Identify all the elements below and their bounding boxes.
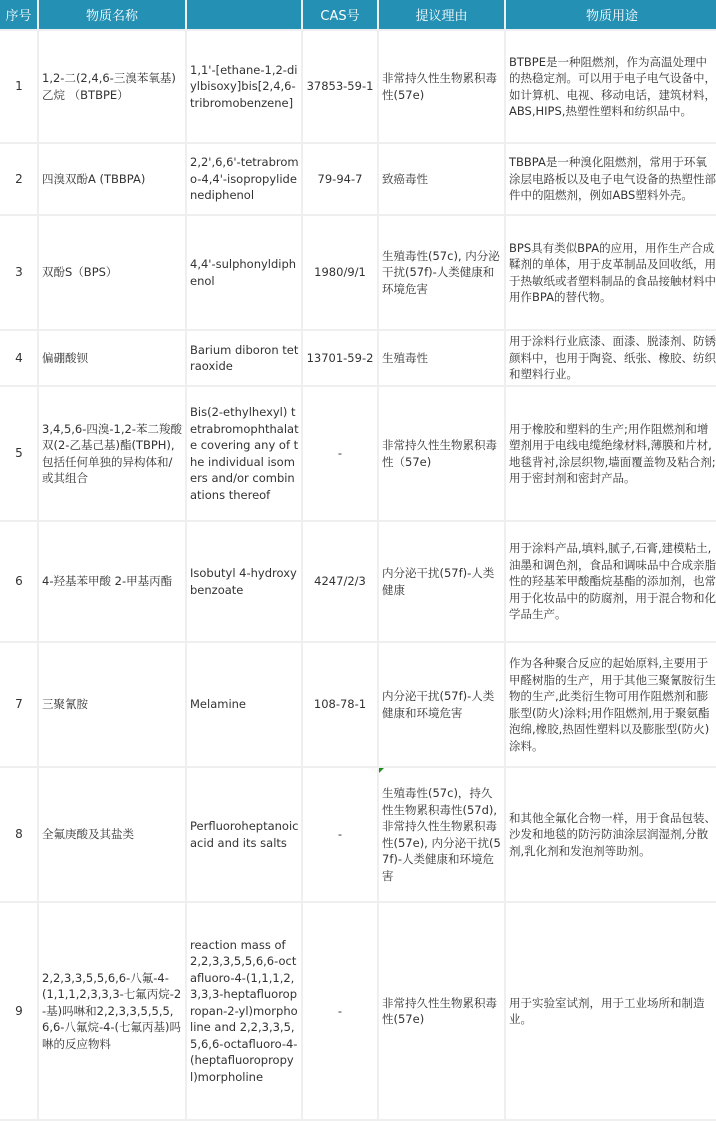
cell-name-cn[interactable]: 全氟庚酸及其盐类 bbox=[39, 768, 185, 901]
table-row: 2 四溴双酚A (TBBPA) 2,2',6,6'-tetrabromo-4,4… bbox=[0, 144, 716, 214]
cell-name-en[interactable]: Isobutyl 4-hydroxybenzoate bbox=[187, 522, 301, 641]
cell-reason[interactable]: 生殖毒性(57c), 内分泌干扰(57f)-人类健康和环境危害 bbox=[379, 216, 504, 329]
cell-cas[interactable]: 37853-59-1 bbox=[303, 31, 377, 142]
cell-use[interactable]: 作为各种聚合反应的起始原料,主要用于甲醛树脂的生产，用于其他三聚氰胺衍生物的生产… bbox=[506, 643, 716, 766]
comment-indicator-icon[interactable] bbox=[379, 768, 384, 773]
cell-name-en[interactable]: Perfluoroheptanoic acid and its salts bbox=[187, 768, 301, 901]
cell-use[interactable]: 用于涂料产品,填料,腻子,石膏,建模粘土,油墨和调色剂，食品和调味品中合成亲脂性… bbox=[506, 522, 716, 641]
cell-use[interactable]: BTBPE是一种阻燃剂，作为高温处理中的热稳定剂。可以用于电子电气设备中，如计算… bbox=[506, 31, 716, 142]
cell-no[interactable]: 9 bbox=[0, 903, 37, 1119]
cell-cas[interactable]: 1980/9/1 bbox=[303, 216, 377, 329]
cell-reason: 生殖毒性(57c)，持久性生物累积毒性(57d), 非常持久性生物累积毒性(57… bbox=[382, 786, 501, 883]
cell-name-en[interactable]: Melamine bbox=[187, 643, 301, 766]
cell-cas[interactable]: - bbox=[303, 768, 377, 901]
cell-no[interactable]: 1 bbox=[0, 31, 37, 142]
table-row: 3 双酚S（BPS） 4,4'-sulphonyldiphenol 1980/9… bbox=[0, 216, 716, 329]
cell-no[interactable]: 4 bbox=[0, 331, 37, 385]
cell-use[interactable]: BPS具有类似BPA的应用，用作生产合成鞣剂的单体，用于皮革制品及回收纸，用于热… bbox=[506, 216, 716, 329]
header-reason: 提议理由 bbox=[379, 0, 504, 29]
cell-cas[interactable]: - bbox=[303, 903, 377, 1119]
cell-cas[interactable]: - bbox=[303, 387, 377, 520]
cell-use[interactable]: 用于涂料行业底漆、面漆、脱漆剂、防锈颜料中，也用于陶瓷、纸张、橡胶、纺织和塑料行… bbox=[506, 331, 716, 385]
header-name-cn: 物质名称 bbox=[39, 0, 185, 29]
header-row: 序号 物质名称 CAS号 提议理由 物质用途 bbox=[0, 0, 716, 29]
cell-name-en[interactable]: reaction mass of 2,2,3,3,5,5,6,6-octaflu… bbox=[187, 903, 301, 1119]
cell-reason[interactable]: 非常持久性生物累积毒性（57e) bbox=[379, 387, 504, 520]
table-row: 9 2,2,3,3,5,5,6,6-八氟-4-(1,1,1,2,3,3,3-七氟… bbox=[0, 903, 716, 1119]
table-row: 7 三聚氰胺 Melamine 108-78-1 内分泌干扰(57f)-人类健康… bbox=[0, 643, 716, 766]
cell-name-en[interactable]: 1,1'-[ethane-1,2-diylbisoxy]bis[2,4,6-tr… bbox=[187, 31, 301, 142]
cell-reason[interactable]: 内分泌干扰(57f)-人类健康和环境危害 bbox=[379, 643, 504, 766]
svhc-substance-table: 序号 物质名称 CAS号 提议理由 物质用途 1 1,2-二(2,4,6-三溴苯… bbox=[0, 0, 716, 1121]
cell-reason[interactable]: 生殖毒性 bbox=[379, 331, 504, 385]
cell-name-cn[interactable]: 1,2-二(2,4,6-三溴苯氧基)乙烷 （BTBPE） bbox=[39, 31, 185, 142]
cell-no[interactable]: 5 bbox=[0, 387, 37, 520]
cell-name-en[interactable]: Barium diboron tetraoxide bbox=[187, 331, 301, 385]
cell-reason[interactable]: 非常持久性生物累积毒性(57e) bbox=[379, 903, 504, 1119]
cell-use[interactable]: 和其他全氟化合物一样，用于食品包装、沙发和地毯的防污防油涂层润湿剂,分散剂,乳化… bbox=[506, 768, 716, 901]
table-row: 4 偏硼酸钡 Barium diboron tetraoxide 13701-5… bbox=[0, 331, 716, 385]
cell-no[interactable]: 3 bbox=[0, 216, 37, 329]
cell-name-en[interactable]: 4,4'-sulphonyldiphenol bbox=[187, 216, 301, 329]
cell-name-cn[interactable]: 四溴双酚A (TBBPA) bbox=[39, 144, 185, 214]
table-row: 8 全氟庚酸及其盐类 Perfluoroheptanoic acid and i… bbox=[0, 768, 716, 901]
cell-cas[interactable]: 4247/2/3 bbox=[303, 522, 377, 641]
cell-reason[interactable]: 致癌毒性 bbox=[379, 144, 504, 214]
header-no: 序号 bbox=[0, 0, 37, 29]
cell-use[interactable]: TBBPA是一种溴化阻燃剂，常用于环氧涂层电路板以及电子电气设备的热塑性部件中的… bbox=[506, 144, 716, 214]
cell-cas[interactable]: 79-94-7 bbox=[303, 144, 377, 214]
cell-reason[interactable]: 内分泌干扰(57f)-人类健康 bbox=[379, 522, 504, 641]
cell-name-en[interactable]: Bis(2-ethylhexyl) tetrabromophthalate co… bbox=[187, 387, 301, 520]
header-use: 物质用途 bbox=[506, 0, 716, 29]
cell-name-cn[interactable]: 3,4,5,6-四溴-1,2-苯二羧酸双(2-乙基己基)酯(TBPH),包括任何… bbox=[39, 387, 185, 520]
table-row: 5 3,4,5,6-四溴-1,2-苯二羧酸双(2-乙基己基)酯(TBPH),包括… bbox=[0, 387, 716, 520]
cell-use[interactable]: 用于实验室试剂，用于工业场所和制造业。 bbox=[506, 903, 716, 1119]
cell-use[interactable]: 用于橡胶和塑料的生产;用作阻燃剂和增塑剂用于电线电缆绝缘材料,薄膜和片材,地毯背… bbox=[506, 387, 716, 520]
cell-reason[interactable]: 非常持久性生物累积毒性(57e) bbox=[379, 31, 504, 142]
header-name-en bbox=[187, 0, 301, 29]
cell-name-cn[interactable]: 三聚氰胺 bbox=[39, 643, 185, 766]
cell-name-cn[interactable]: 偏硼酸钡 bbox=[39, 331, 185, 385]
table-row: 1 1,2-二(2,4,6-三溴苯氧基)乙烷 （BTBPE） 1,1'-[eth… bbox=[0, 31, 716, 142]
cell-no[interactable]: 8 bbox=[0, 768, 37, 901]
cell-cas[interactable]: 108-78-1 bbox=[303, 643, 377, 766]
cell-name-en[interactable]: 2,2',6,6'-tetrabromo-4,4'-isopropylidene… bbox=[187, 144, 301, 214]
cell-name-cn[interactable]: 双酚S（BPS） bbox=[39, 216, 185, 329]
cell-no[interactable]: 7 bbox=[0, 643, 37, 766]
cell-cas[interactable]: 13701-59-2 bbox=[303, 331, 377, 385]
cell-name-cn[interactable]: 2,2,3,3,5,5,6,6-八氟-4-(1,1,1,2,3,3,3-七氟丙烷… bbox=[39, 903, 185, 1119]
cell-reason-with-comment[interactable]: 生殖毒性(57c)，持久性生物累积毒性(57d), 非常持久性生物累积毒性(57… bbox=[379, 768, 504, 901]
cell-no[interactable]: 6 bbox=[0, 522, 37, 641]
table-row: 6 4-羟基苯甲酸 2-甲基丙酯 Isobutyl 4-hydroxybenzo… bbox=[0, 522, 716, 641]
header-cas: CAS号 bbox=[303, 0, 377, 29]
cell-no[interactable]: 2 bbox=[0, 144, 37, 214]
cell-name-cn[interactable]: 4-羟基苯甲酸 2-甲基丙酯 bbox=[39, 522, 185, 641]
